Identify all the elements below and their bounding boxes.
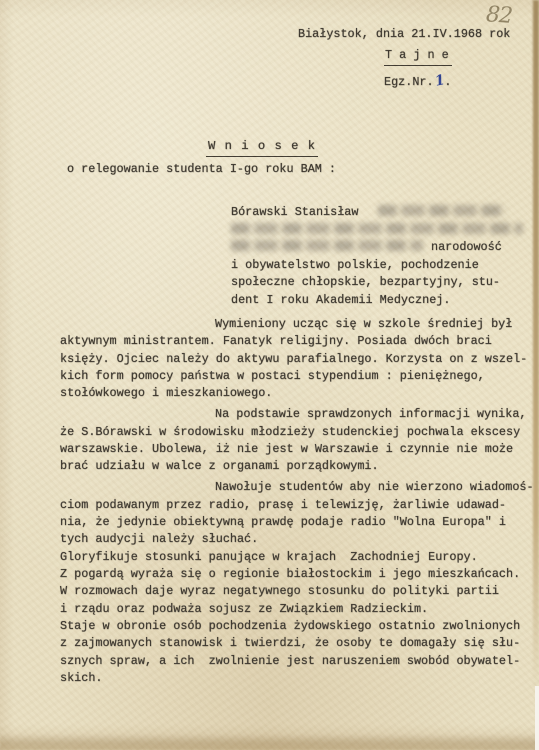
subject-nationality-line: narodowość bbox=[231, 239, 531, 257]
subject-nationality-lead: narodowość bbox=[431, 240, 502, 254]
redacted-text-blur bbox=[378, 205, 506, 216]
subject-name: Bórawski Stanisław bbox=[231, 205, 358, 219]
place-date-line: Białystok, dnia 21.IV.1968 rok bbox=[298, 27, 510, 41]
subject-details: i obywatelstwo polskie, pochodzenie społ… bbox=[231, 257, 531, 310]
copy-number-line: Egz.Nr.1. bbox=[384, 73, 451, 89]
redacted-text-blur bbox=[231, 240, 423, 251]
subject-block: Bórawski Stanisław narodowość i obywatel… bbox=[231, 204, 531, 309]
scan-edge-shadow-bottom bbox=[0, 734, 539, 750]
paragraph-education: Wymieniony ucząc się w szkole średniej b… bbox=[60, 316, 538, 403]
handwritten-archive-page-number: 82 bbox=[485, 2, 513, 29]
scanner-background-sliver bbox=[535, 686, 539, 750]
document-subtitle: o relegowanie studenta I-go roku BAM : bbox=[67, 162, 336, 176]
subject-name-line: Bórawski Stanisław bbox=[231, 204, 531, 222]
subject-redacted-line bbox=[231, 222, 531, 240]
redacted-text-blur bbox=[231, 223, 523, 234]
paragraph-information: Na podstawie sprawdzonych informacji wyn… bbox=[60, 406, 538, 475]
classification-stamp: T a j n e bbox=[384, 48, 452, 66]
paragraph-accusations: Nawołuje studentów aby nie wierzono wiad… bbox=[60, 479, 538, 687]
document-title: W n i o s e k bbox=[0, 139, 524, 157]
copy-label: Egz.Nr. bbox=[384, 75, 434, 89]
document-body: Wymieniony ucząc się w szkole średniej b… bbox=[60, 316, 538, 691]
document-page: 82 Białystok, dnia 21.IV.1968 rok T a j … bbox=[0, 0, 539, 750]
document-title-text: W n i o s e k bbox=[206, 139, 318, 157]
